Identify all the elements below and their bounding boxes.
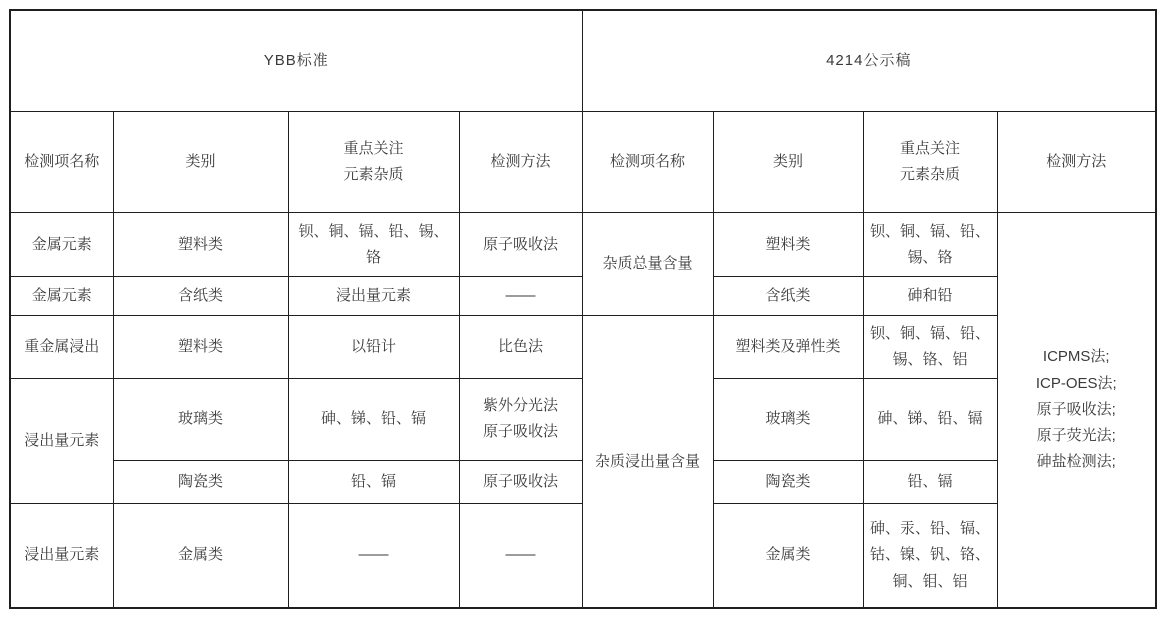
draft4214-r2-elements: 砷和铅 xyxy=(863,277,997,316)
draft4214-r3-elements: 钡、铜、镉、铅、 锡、铬、铝 xyxy=(863,316,997,378)
ybb-header-elements: 重点关注 元素杂质 xyxy=(288,111,459,212)
ybb-header-name: 检测项名称 xyxy=(10,111,113,212)
table-row: 重金属浸出 塑料类 以铅计 比色法 杂质浸出量含量 塑料类及弹性类 钡、铜、镉、… xyxy=(10,316,1156,378)
standards-comparison-screenshot: YBB标准 4214公示稿 检测项名称 类别 重点关注 元素杂质 检测方法 检测… xyxy=(0,0,1164,619)
draft4214-method-combined: ICPMS法; ICP-OES法; 原子吸收法; 原子荧光法; 砷盐检测法; xyxy=(997,213,1156,608)
draft4214-r4-category: 玻璃类 xyxy=(713,378,863,460)
draft4214-r1-elements: 钡、铜、镉、铅、 锡、铬 xyxy=(863,213,997,277)
ybb-r3-method: 比色法 xyxy=(459,316,582,378)
ybb-r1-name: 金属元素 xyxy=(10,213,113,277)
ybb-r5-method: 原子吸收法 xyxy=(459,460,582,503)
ybb-r4-elements: 砷、锑、铅、镉 xyxy=(288,378,459,460)
ybb-r1-method: 原子吸收法 xyxy=(459,213,582,277)
table-row: 金属元素 塑料类 钡、铜、镉、铅、锡、 铬 原子吸收法 杂质总量含量 塑料类 钡… xyxy=(10,213,1156,277)
draft4214-name-leach-impurity: 杂质浸出量含量 xyxy=(582,316,713,608)
ybb-r5-category: 陶瓷类 xyxy=(113,460,288,503)
ybb-r2-elements: 浸出量元素 xyxy=(288,277,459,316)
ybb-r4-method: 紫外分光法 原子吸收法 xyxy=(459,378,582,460)
draft4214-r2-category: 含纸类 xyxy=(713,277,863,316)
draft4214-header-name: 检测项名称 xyxy=(582,111,713,212)
ybb-header-category: 类别 xyxy=(113,111,288,212)
ybb-r3-elements: 以铅计 xyxy=(288,316,459,378)
ybb-r2-name: 金属元素 xyxy=(10,277,113,316)
ybb-r3-name: 重金属浸出 xyxy=(10,316,113,378)
draft4214-r3-category: 塑料类及弹性类 xyxy=(713,316,863,378)
draft4214-r6-elements: 砷、汞、铅、镉、 钴、镍、钒、铬、 铜、钼、铝 xyxy=(863,504,997,608)
draft4214-r5-elements: 铅、镉 xyxy=(863,460,997,503)
ybb-r3-category: 塑料类 xyxy=(113,316,288,378)
draft4214-header-method: 检测方法 xyxy=(997,111,1156,212)
ybb-r2-method: —— xyxy=(459,277,582,316)
ybb-r4-category: 玻璃类 xyxy=(113,378,288,460)
draft4214-header-category: 类别 xyxy=(713,111,863,212)
ybb-r5-elements: 铅、镉 xyxy=(288,460,459,503)
draft4214-r6-category: 金属类 xyxy=(713,504,863,608)
ybb-header-method: 检测方法 xyxy=(459,111,582,212)
draft4214-r4-elements: 砷、锑、铅、镉 xyxy=(863,378,997,460)
ybb-r6-elements: —— xyxy=(288,504,459,608)
draft4214-r1-category: 塑料类 xyxy=(713,213,863,277)
draft4214-header-elements: 重点关注 元素杂质 xyxy=(863,111,997,212)
ybb-r6-method: —— xyxy=(459,504,582,608)
ybb-name-leach-elements: 浸出量元素 xyxy=(10,378,113,503)
ybb-r1-category: 塑料类 xyxy=(113,213,288,277)
ybb-r6-category: 金属类 xyxy=(113,504,288,608)
title-row: YBB标准 4214公示稿 xyxy=(10,10,1156,111)
draft4214-section-title: 4214公示稿 xyxy=(582,10,1156,111)
column-header-row: 检测项名称 类别 重点关注 元素杂质 检测方法 检测项名称 类别 重点关注 元素… xyxy=(10,111,1156,212)
ybb-r6-name: 浸出量元素 xyxy=(10,504,113,608)
ybb-r2-category: 含纸类 xyxy=(113,277,288,316)
ybb-section-title: YBB标准 xyxy=(10,10,582,111)
draft4214-name-total-impurity: 杂质总量含量 xyxy=(582,213,713,316)
standards-comparison-table: YBB标准 4214公示稿 检测项名称 类别 重点关注 元素杂质 检测方法 检测… xyxy=(9,9,1157,609)
ybb-r1-elements: 钡、铜、镉、铅、锡、 铬 xyxy=(288,213,459,277)
draft4214-r5-category: 陶瓷类 xyxy=(713,460,863,503)
